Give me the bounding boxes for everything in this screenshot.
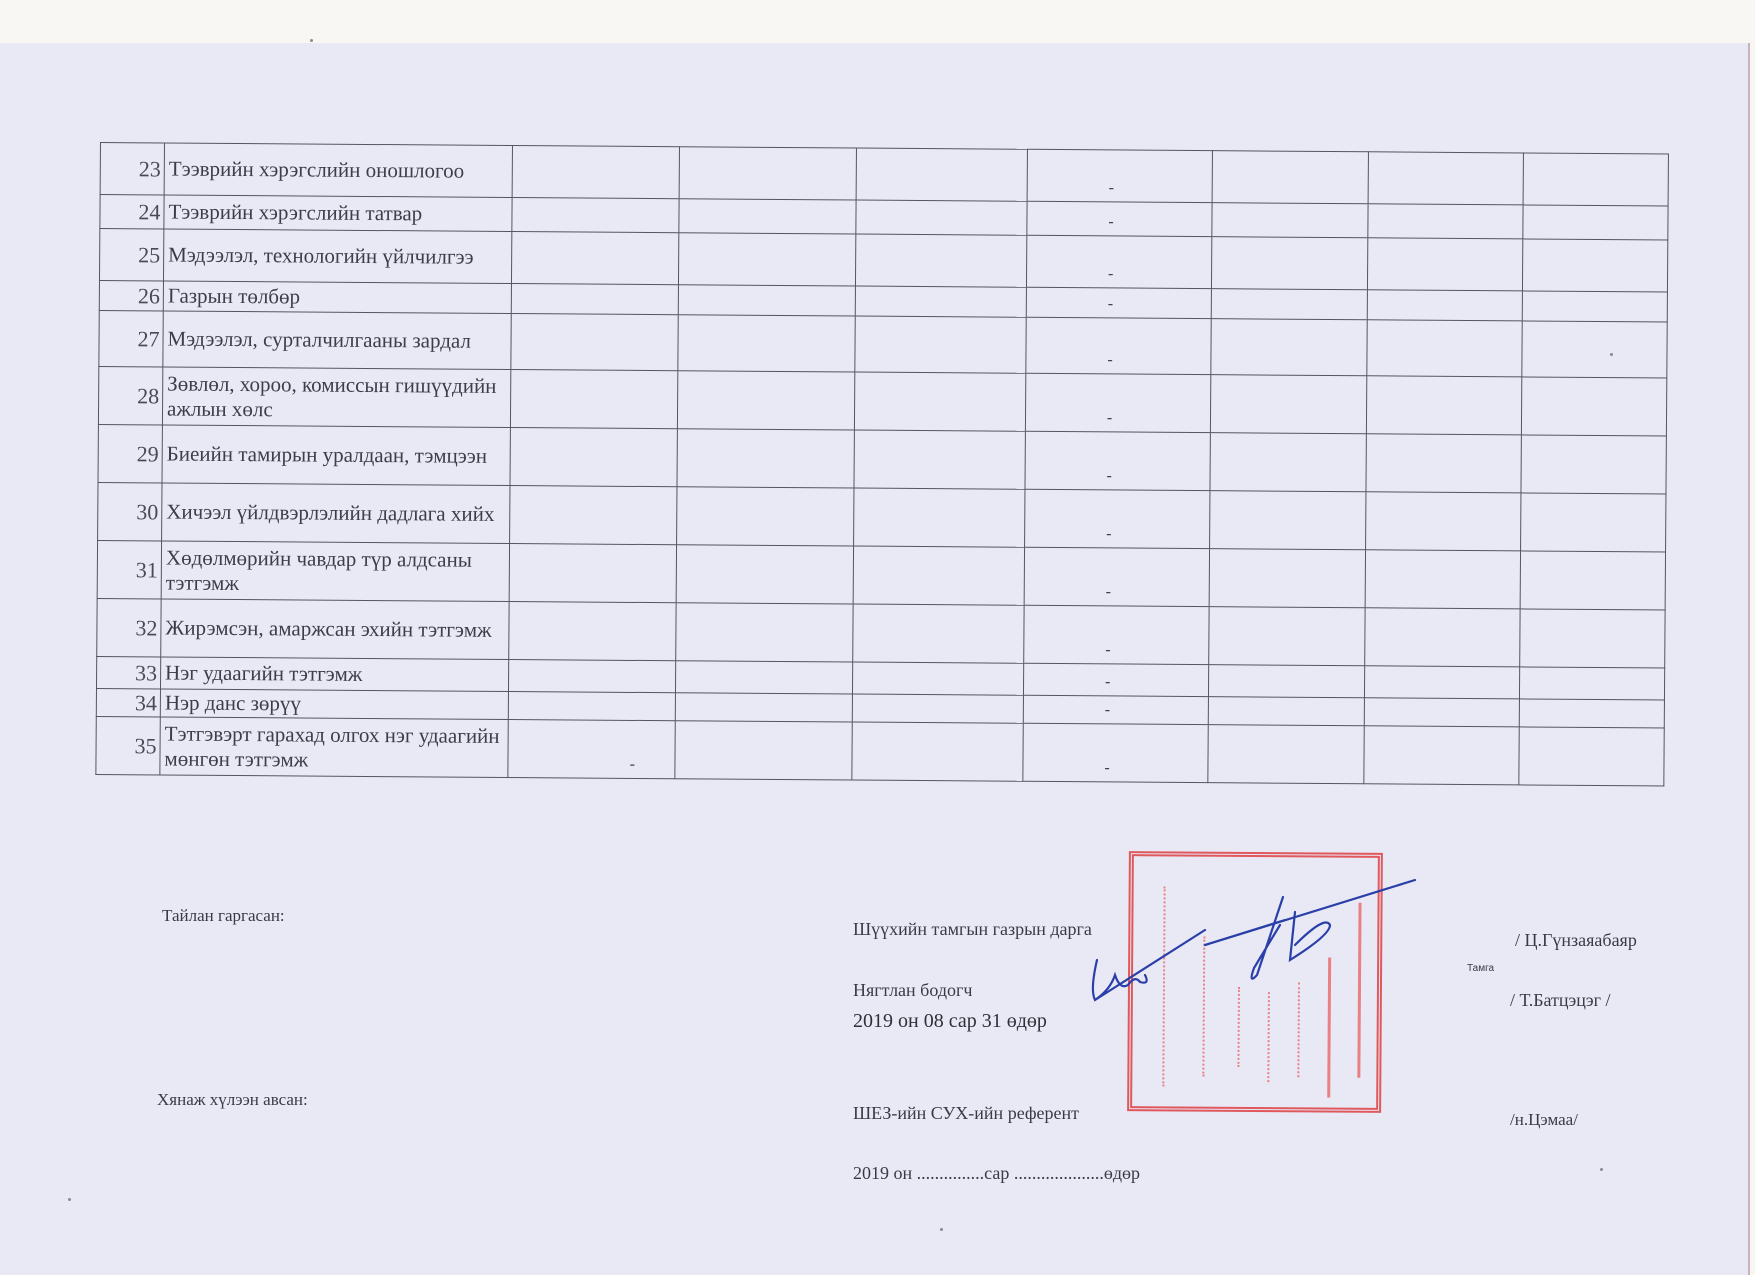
cell-value: - <box>1106 467 1111 485</box>
value-cell <box>508 692 675 721</box>
cell-value: - <box>630 756 635 774</box>
scan-speck <box>310 39 313 42</box>
value-cell <box>852 694 1023 723</box>
value-cell: - <box>1026 287 1211 318</box>
value-cell <box>512 146 679 199</box>
value-cell <box>855 234 1026 287</box>
value-cell: - <box>1023 723 1208 782</box>
table-body: 23Тээврийн хэрэгслийн оношлогоо-24Тээври… <box>96 143 1669 786</box>
value-cell <box>509 544 676 603</box>
value-cell <box>676 545 853 604</box>
row-item-name: Нэг удаагийн тэтгэмж <box>160 657 508 692</box>
value-cell <box>512 198 679 233</box>
value-cell <box>1210 375 1366 434</box>
scan-top-margin <box>0 0 1755 43</box>
cell-value: - <box>1107 351 1112 369</box>
row-number: 25 <box>99 229 163 281</box>
value-cell <box>1211 319 1367 376</box>
stamp-script-line <box>1327 958 1339 1098</box>
value-cell <box>679 147 856 200</box>
value-cell <box>1210 433 1366 492</box>
value-cell <box>676 603 853 662</box>
cell-value: - <box>1109 179 1114 197</box>
value-cell <box>1522 321 1667 378</box>
accountant-title: Нягтлан бодогч <box>853 980 972 1001</box>
value-cell <box>1208 697 1364 726</box>
cell-value: - <box>1108 265 1113 283</box>
value-cell <box>677 429 854 488</box>
value-cell <box>1523 205 1668 240</box>
official-stamp <box>1127 851 1383 1113</box>
value-cell <box>852 662 1023 695</box>
value-cell <box>675 721 852 780</box>
value-cell <box>1366 492 1521 551</box>
value-cell <box>1211 237 1367 290</box>
value-cell: - <box>1025 489 1210 548</box>
value-cell <box>1212 203 1368 238</box>
value-cell <box>1523 153 1668 206</box>
cell-value: - <box>1108 295 1113 313</box>
value-cell <box>856 148 1027 201</box>
stamp-script-line <box>1162 886 1173 1086</box>
value-cell <box>853 604 1024 663</box>
row-item-name: Мэдээлэл, технологийн үйлчилгээ <box>163 229 511 284</box>
cell-value: - <box>1106 525 1111 543</box>
value-cell <box>1364 666 1519 699</box>
value-cell: - <box>1025 431 1210 490</box>
row-number: 34 <box>96 688 160 716</box>
value-cell: - <box>1027 201 1212 236</box>
row-item-name: Нэр данс зөрүү <box>160 689 508 720</box>
accountant-name: / Т.Батцэцэг / <box>1510 990 1611 1011</box>
value-cell <box>510 486 677 545</box>
row-number: 27 <box>99 310 163 366</box>
value-cell <box>1522 239 1667 292</box>
value-cell: - <box>1024 547 1209 606</box>
value-cell <box>678 285 855 316</box>
value-cell <box>509 602 676 661</box>
value-cell <box>1211 289 1367 320</box>
row-number: 29 <box>98 424 162 482</box>
head-title: Шүүхийн тамгын газрын дарга <box>853 919 1092 940</box>
cell-value: - <box>1108 213 1113 231</box>
value-cell <box>1368 152 1523 205</box>
scan-speck <box>940 1228 943 1231</box>
value-cell <box>855 286 1026 317</box>
value-cell <box>1364 726 1519 785</box>
value-cell <box>1367 290 1522 321</box>
row-number: 30 <box>98 482 162 540</box>
value-cell <box>677 371 854 430</box>
stamp-script-line <box>1357 903 1369 1078</box>
row-item-name: Мэдээлэл, сурталчилгааны зардал <box>163 311 511 370</box>
row-number: 26 <box>99 280 163 310</box>
row-item-name: Жирэмсэн, амаржсан эхийн тэтгэмж <box>161 599 509 660</box>
value-cell <box>677 487 854 546</box>
value-cell <box>854 488 1025 547</box>
row-number: 23 <box>100 143 164 195</box>
value-cell <box>1521 377 1666 436</box>
value-cell: - <box>1024 605 1209 664</box>
value-cell <box>679 199 856 234</box>
cell-value: - <box>1106 583 1111 601</box>
value-cell <box>508 660 675 693</box>
stamp-script-line <box>1202 937 1213 1077</box>
head-name: / Ц.Гүнзаяабаяр <box>1515 930 1637 951</box>
cell-value: - <box>1105 701 1110 719</box>
value-cell <box>510 370 677 429</box>
report-date: 2019 он 08 сар 31 өдөр <box>853 1010 1047 1033</box>
row-item-name: Зөвлөл, хороо, комиссын гишүүдийн ажлын … <box>162 367 510 428</box>
value-cell <box>1212 151 1368 204</box>
cell-value: - <box>1107 409 1112 427</box>
stamp-script-line <box>1237 987 1248 1067</box>
value-cell <box>675 661 852 694</box>
value-cell <box>1519 667 1664 700</box>
value-cell <box>511 284 678 315</box>
row-number: 35 <box>96 716 160 774</box>
value-cell <box>511 314 678 371</box>
row-item-name: Хөдөлмөрийн чавдар түр алдсаны тэтгэмж <box>161 541 509 602</box>
value-cell <box>1521 435 1666 494</box>
referent-title: ШЕЗ-ийн СУХ-ийн референт <box>853 1103 1079 1124</box>
value-cell: - <box>1026 317 1211 374</box>
row-item-name: Тээврийн хэрэгслийн татвар <box>164 195 512 232</box>
cell-value: - <box>1105 673 1110 691</box>
value-cell <box>1365 550 1520 609</box>
stamp-script-line <box>1297 982 1308 1077</box>
value-cell: - <box>1023 663 1208 696</box>
value-cell <box>1209 549 1365 608</box>
row-item-name: Газрын төлбөр <box>163 281 511 314</box>
cell-value: - <box>1105 641 1110 659</box>
table-row: 35Тэтгэвэрт гарахад олгох нэг удаагийн м… <box>96 716 1664 785</box>
row-number: 31 <box>97 540 161 598</box>
value-cell <box>1365 608 1520 667</box>
value-cell <box>854 372 1025 431</box>
row-item-name: Тэтгэвэрт гарахад олгох нэг удаагийн мөн… <box>160 717 508 778</box>
value-cell <box>853 546 1024 605</box>
row-number: 33 <box>96 656 160 688</box>
reviewed-label: Хянаж хүлээн авсан: <box>157 1090 308 1110</box>
value-cell <box>675 693 852 722</box>
value-cell <box>1522 291 1667 322</box>
value-cell <box>1519 699 1664 728</box>
value-cell <box>510 428 677 487</box>
scan-speck <box>1600 1168 1603 1171</box>
value-cell <box>855 316 1026 373</box>
value-cell <box>511 232 678 285</box>
value-cell <box>1210 491 1366 550</box>
row-item-name: Хичээл үйлдвэрлэлийн дадлага хийх <box>162 483 510 544</box>
value-cell <box>1208 665 1364 698</box>
value-cell <box>1521 493 1666 552</box>
value-cell <box>1520 609 1665 668</box>
value-cell: - <box>1027 149 1212 202</box>
value-cell: - <box>1026 235 1211 288</box>
value-cell <box>852 722 1023 781</box>
value-cell <box>1209 607 1365 666</box>
value-cell: - <box>1025 373 1210 432</box>
received-date: 2019 он ...............сар .............… <box>853 1163 1140 1184</box>
referent-name: /н.Цэмаа/ <box>1510 1110 1578 1130</box>
row-item-name: Биеийн тамирын уралдаан, тэмцээн <box>162 425 510 486</box>
row-number: 28 <box>98 366 162 424</box>
cell-value: - <box>1104 759 1109 777</box>
value-cell <box>1208 725 1364 784</box>
value-cell <box>1366 376 1521 435</box>
value-cell <box>1519 727 1664 786</box>
row-number: 32 <box>97 598 161 656</box>
value-cell: - <box>1023 695 1208 724</box>
value-cell <box>1364 698 1519 727</box>
expense-report-table: 23Тээврийн хэрэгслийн оношлогоо-24Тээври… <box>95 142 1669 786</box>
value-cell <box>1520 551 1665 610</box>
value-cell <box>1368 204 1523 239</box>
row-item-name: Тээврийн хэрэгслийн оношлогоо <box>164 143 512 198</box>
value-cell <box>854 430 1025 489</box>
value-cell <box>1367 320 1522 377</box>
scan-speck <box>68 1198 71 1201</box>
value-cell: - <box>508 720 675 779</box>
value-cell <box>1366 434 1521 493</box>
value-cell <box>678 233 855 286</box>
row-number: 24 <box>100 195 164 229</box>
value-cell <box>1367 238 1522 291</box>
stamp-label: Тамга <box>1467 963 1494 974</box>
value-cell <box>856 200 1027 235</box>
value-cell <box>678 315 855 372</box>
stamp-script-line <box>1267 992 1278 1082</box>
report-prepared-label: Тайлан гаргасан: <box>162 906 285 926</box>
